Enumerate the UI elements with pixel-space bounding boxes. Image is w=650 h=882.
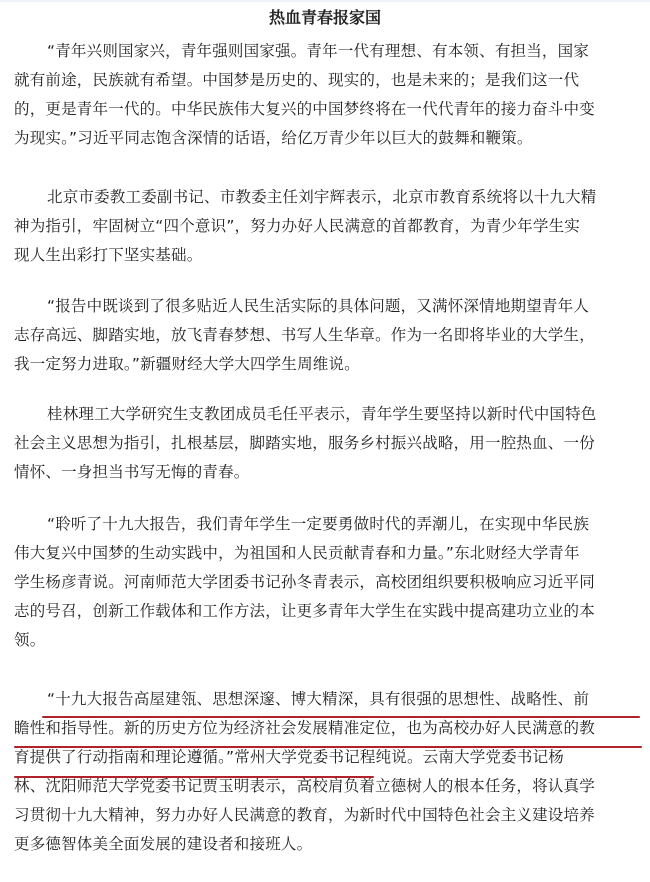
paragraph-4: 桂林理工大学研究生支教团成员毛任平表示，青年学生要坚持以新时代中国特色 社会主义…	[14, 400, 639, 487]
text-line: 为现实。”习近平同志饱含深情的话语，给亿万青少年以巨大的鼓舞和鞭策。	[14, 124, 639, 153]
red-underline-2	[14, 746, 642, 748]
text-line: 伟大复兴中国梦的生动实践中，为祖国和人民贡献青春和力量。”东北财经大学青年	[14, 539, 639, 568]
text-line: 北京市委教工委副书记、市教委主任刘宇辉表示，北京市教育系统将以十九大精	[14, 183, 639, 212]
text-line: 社会主义思想为指引，扎根基层，脚踏实地，服务乡村振兴战略，用一腔热血、一份	[14, 429, 639, 458]
paragraph-6: “十九大报告高屋建瓴、思想深邃、博大精深，具有很强的思想性、战略性、前 瞻性和指…	[14, 685, 639, 859]
text-line: 就有前途，民族就有希望。中国梦是历史的、现实的，也是未来的；是我们这一代	[14, 66, 639, 95]
text-line: 我一定努力进取。”新疆财经大学大四学生周维说。	[14, 350, 639, 379]
paragraph-2: 北京市委教工委副书记、市教委主任刘宇辉表示，北京市教育系统将以十九大精 神为指引…	[14, 183, 639, 270]
text-line: 情怀、一身担当书写无悔的青春。	[14, 458, 639, 487]
text-line: 现人生出彩打下坚实基础。	[14, 241, 639, 270]
text-line: “聆听了十九大报告，我们青年学生一定要勇做时代的弄潮儿，在实现中华民族	[14, 510, 639, 539]
red-underline-3	[14, 776, 374, 778]
red-underline-1	[42, 716, 640, 718]
text-line: 习贯彻十九大精神，努力办好人民满意的教育，为新时代中国特色社会主义建设培养	[14, 801, 639, 830]
text-line: 更多德智体美全面发展的建设者和接班人。	[14, 830, 639, 859]
text-line-underlined: “十九大报告高屋建瓴、思想深邃、博大精深，具有很强的思想性、战略性、前	[14, 685, 639, 714]
paragraph-1: “青年兴则国家兴，青年强则国家强。青年一代有理想、有本领、有担当，国家 就有前途…	[14, 37, 639, 153]
article-title: 热血青春报家国	[0, 6, 650, 30]
paragraph-5: “聆听了十九大报告，我们青年学生一定要勇做时代的弄潮儿，在实现中华民族 伟大复兴…	[14, 510, 639, 655]
text-line: “报告中既谈到了很多贴近人民生活实际的具体问题，又满怀深情地期望青年人	[14, 292, 639, 321]
text-line: “青年兴则国家兴，青年强则国家强。青年一代有理想、有本领、有担当，国家	[14, 37, 639, 66]
text-line: 志的号召，创新工作载体和工作方法，让更多青年大学生在实践中提高建功立业的本	[14, 597, 639, 626]
text-line: 的，更是青年一代的。中华民族伟大复兴的中国梦终将在一代代青年的接力奋斗中变	[14, 95, 639, 124]
top-border	[0, 0, 650, 2]
text-line: 领。	[14, 626, 639, 655]
text-line: 桂林理工大学研究生支教团成员毛任平表示，青年学生要坚持以新时代中国特色	[14, 400, 639, 429]
text-line: 志存高远、脚踏实地，放飞青春梦想、书写人生华章。作为一名即将毕业的大学生，	[14, 321, 639, 350]
text-line-underlined: 瞻性和指导性。新的历史方位为经济社会发展精准定位，也为高校办好人民满意的教	[14, 714, 639, 743]
text-line: 神为指引，牢固树立“四个意识”，努力办好人民满意的首都教育，为青少年学生实	[14, 212, 639, 241]
text-line: 学生杨彦青说。河南师范大学团委书记孙冬青表示，高校团组织要积极响应习近平同	[14, 568, 639, 597]
paragraph-3: “报告中既谈到了很多贴近人民生活实际的具体问题，又满怀深情地期望青年人 志存高远…	[14, 292, 639, 379]
